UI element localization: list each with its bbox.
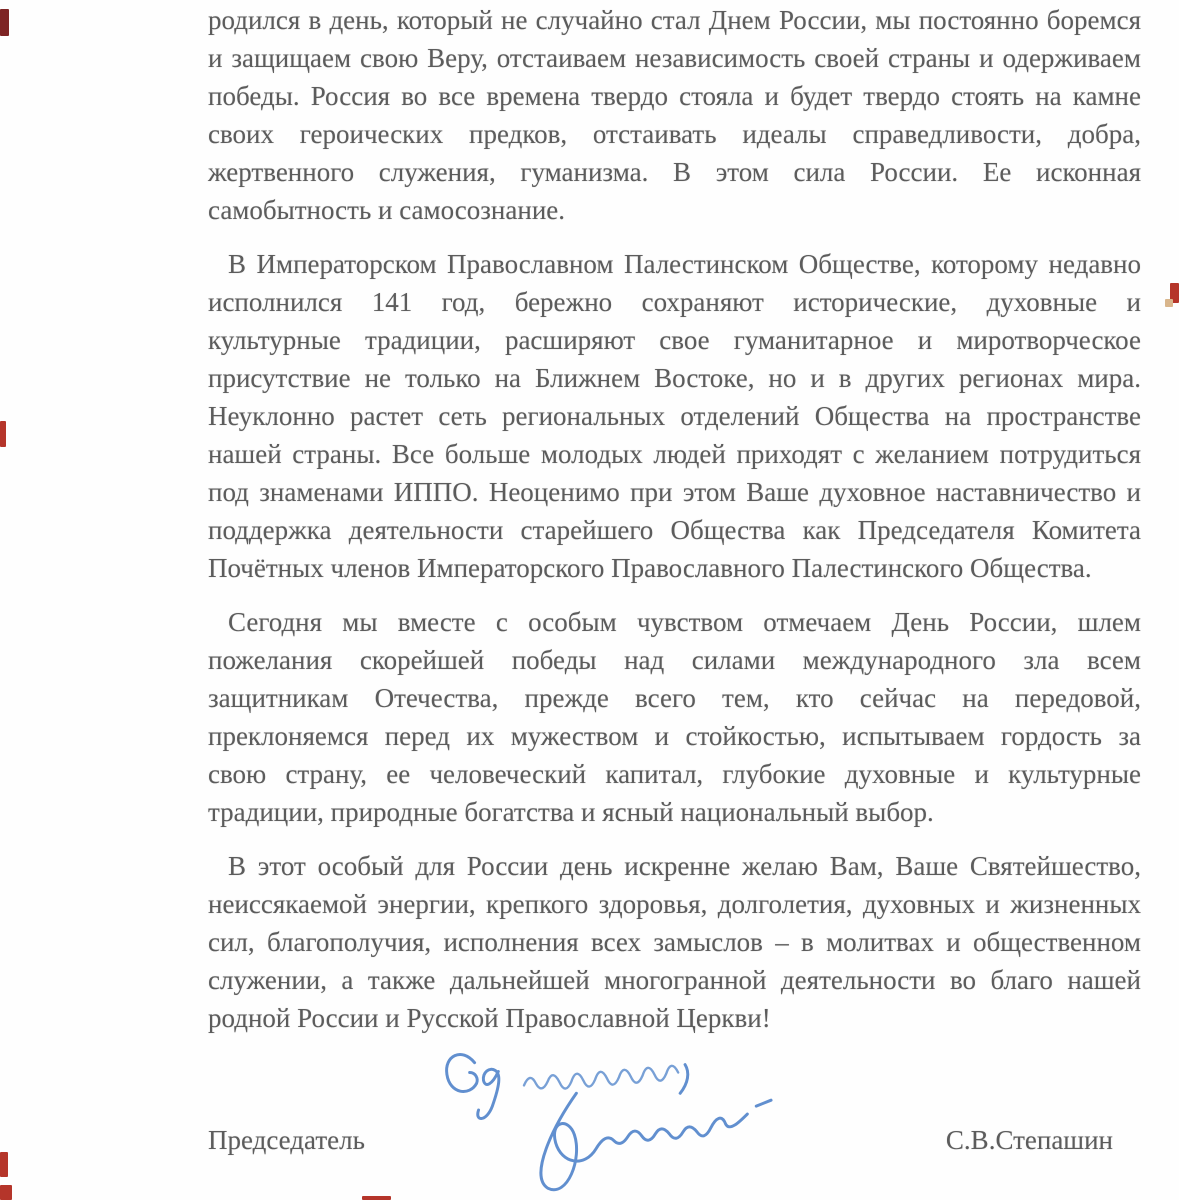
edge-mark — [0, 1185, 12, 1200]
text-line: нашей страны. Все больше молодых людей п… — [208, 435, 1141, 473]
text-line: поддержка деятельности старейшего Общест… — [208, 511, 1141, 549]
signoff-row: Председатель С.В.Степашин — [208, 1121, 1141, 1159]
text-line: самобытность и самосознание. — [208, 191, 1141, 229]
text-line: присутствие не только на Ближнем Востоке… — [208, 359, 1141, 397]
text-line: победы. Россия во все времена твердо сто… — [208, 77, 1141, 115]
paragraph: родился в день, который не случайно стал… — [208, 1, 1141, 229]
handwriting-stroke — [680, 1065, 688, 1094]
handwriting-stroke — [524, 1066, 678, 1089]
handwriting-stroke — [478, 1069, 499, 1118]
text-line: под знаменами ИППО. Неоценимо при этом В… — [208, 473, 1141, 511]
edge-mark — [0, 9, 9, 36]
text-line: родился в день, который не случайно стал… — [208, 1, 1141, 39]
text-line: служении, а также дальнейшей многогранно… — [208, 961, 1141, 999]
letter-body: родился в день, который не случайно стал… — [208, 1, 1141, 1037]
text-line: свою страну, ее человеческий капитал, гл… — [208, 755, 1141, 793]
text-line: жертвенного служения, гуманизма. В этом … — [208, 153, 1141, 191]
text-line: и защищаем свою Веру, отстаиваем независ… — [208, 39, 1141, 77]
text-line: сил, благополучия, исполнения всех замыс… — [208, 923, 1141, 961]
signoff-role: Председатель — [208, 1121, 365, 1159]
text-line: пожелания скорейшей победы над силами ме… — [208, 641, 1141, 679]
text-line: Неуклонно растет сеть региональных отдел… — [208, 397, 1141, 435]
handwritten-closing-and-signature — [428, 1032, 788, 1200]
text-line: культурные традиции, расширяют свое гума… — [208, 321, 1141, 359]
paragraph: В этот особый для России день искренне ж… — [208, 847, 1141, 1037]
text-line: В этот особый для России день искренне ж… — [208, 847, 1141, 885]
text-line: Сегодня мы вместе с особым чувством отме… — [208, 603, 1141, 641]
paragraph: Сегодня мы вместе с особым чувством отме… — [208, 603, 1141, 831]
scanned-letter-page: родился в день, который не случайно стал… — [0, 0, 1179, 1200]
text-line: исполнился 141 год, бережно сохраняют ис… — [208, 283, 1141, 321]
text-line: защитникам Отечества, прежде всего тем, … — [208, 679, 1141, 717]
edge-mark — [0, 421, 6, 447]
text-line: преклоняемся перед их мужеством и стойко… — [208, 717, 1141, 755]
text-line: Почётных членов Императорского Православ… — [208, 549, 1141, 587]
handwriting-stroke — [447, 1054, 478, 1091]
edge-mark — [0, 1152, 8, 1177]
text-line: своих героических предков, отстаивать ид… — [208, 115, 1141, 153]
signoff-name: С.В.Степашин — [946, 1121, 1113, 1159]
edge-mark — [362, 1196, 391, 1200]
signature-tail-dash — [756, 1100, 771, 1106]
text-line: неиссякаемой энергии, крепкого здоровья,… — [208, 885, 1141, 923]
paragraph: В Императорском Православном Палестинско… — [208, 245, 1141, 587]
edge-mark — [1165, 299, 1173, 307]
text-line: традиции, природные богатства и ясный на… — [208, 793, 1141, 831]
text-line: В Императорском Православном Палестинско… — [208, 245, 1141, 283]
